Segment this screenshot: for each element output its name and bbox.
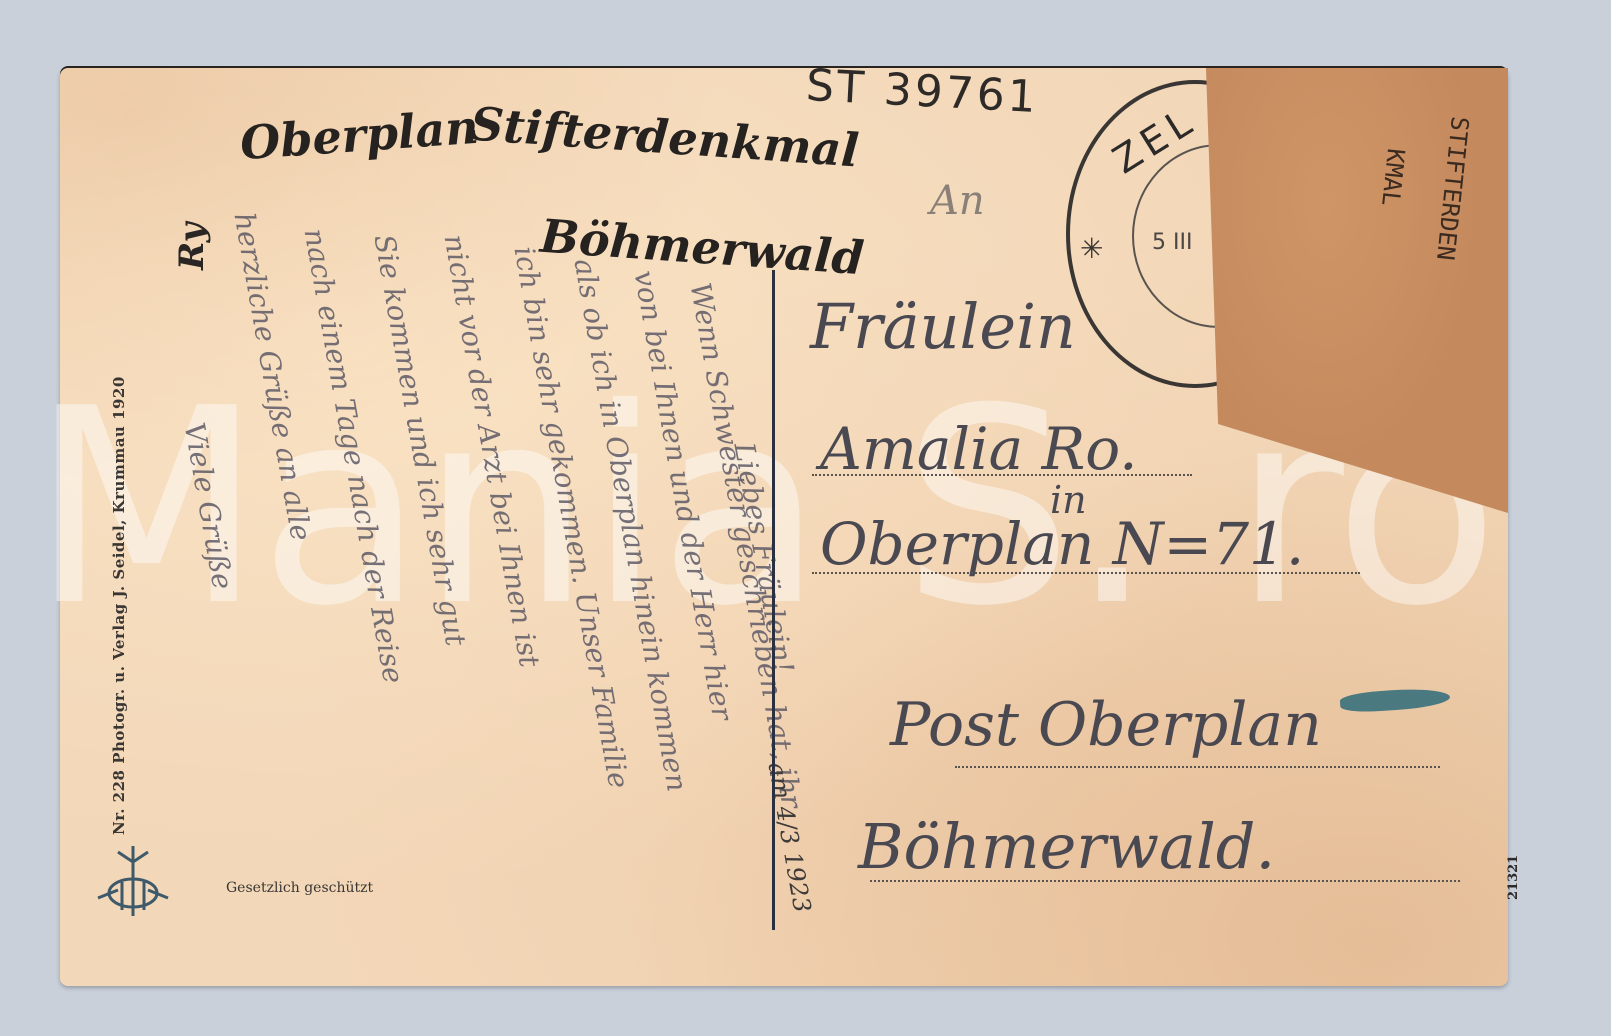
address-dotted-line xyxy=(870,880,1460,882)
pencil-note-left: Ry xyxy=(172,223,212,270)
publisher-logo-icon xyxy=(88,838,178,928)
address-dotted-line xyxy=(812,572,1360,574)
address-post: Post Oberplan xyxy=(890,690,1322,760)
postmark-date: 5 III xyxy=(1152,230,1192,255)
address-dotted-line xyxy=(812,474,1192,476)
serial-number: 21321 xyxy=(1506,855,1521,900)
address-region: Böhmerwald. xyxy=(858,810,1275,883)
address-dotted-line xyxy=(955,766,1440,768)
postmark-star-icon: ✳ xyxy=(1080,232,1103,265)
tape-note-line2: KMAL xyxy=(1376,147,1410,207)
address-name: Amalia Ro. xyxy=(820,415,1138,483)
publisher-imprint: Nr. 228 Photogr. u. Verlag J. Seidel, Kr… xyxy=(110,376,128,835)
address-town: Oberplan N=71. xyxy=(820,510,1304,578)
copyright-notice: Gesetzlich geschützt xyxy=(226,880,373,896)
center-divider xyxy=(772,270,775,930)
address-prefix: An xyxy=(930,178,985,224)
address-title: Fräulein xyxy=(810,290,1076,363)
